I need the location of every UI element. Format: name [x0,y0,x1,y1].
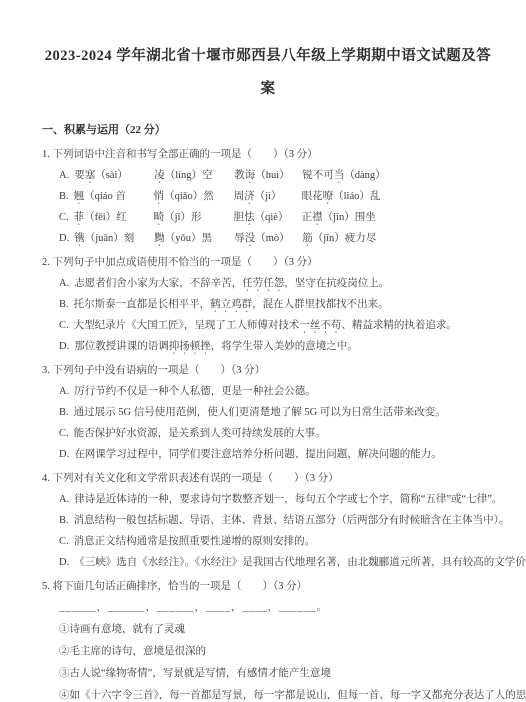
word-group: 正襟（jīn）围坐 [302,207,376,228]
text-segment: 悄 [154,191,165,202]
option-label: A. [59,170,69,181]
option-text: 能否保护好水资源，是关系到人类可持续发展的大事。 [74,428,326,439]
text-segment: （líng）空 [165,170,213,181]
question-4-stem: 4. 下列对有关文化和文学常识表述有误的一项是（ ）（3 分） [42,468,494,489]
question-3-options-list: A.厉行节约不仅是一种个人私德，更是一种社会公德。 B.通过展示 5G 信号使用… [42,381,494,465]
question-5-stem: 5. 将下面几句话正确排序，恰当的一项是（ ）（3 分） [42,576,494,597]
text-segment: 胆 [234,212,245,223]
option-text: 《三峡》选自《水经注》。《水经注》是我国古代地理名著，由北魏郦道元所著，具有较高… [74,557,526,568]
text-segment: 正 [302,212,313,223]
word-group: 眼花嘹（liáo）乱 [302,186,381,207]
word-group-segments: 眼花嘹（liáo）乱 [302,191,381,202]
option-row: B.消息结构一般包括标题、导语、主体、背景、结语五部分（后两部分有时候暗含在主体… [42,510,494,531]
option-label: A. [59,494,69,505]
text-segment: ，将学生带入美妙的意境之中。 [211,341,358,352]
question-5: 5. 将下面几句话正确排序，恰当的一项是（ ）（3 分） ______，____… [42,576,494,702]
option-word-groups: 菲（fēi）红畸（jī）形胆怯（qiè）正襟（jīn）围坐 [74,212,376,223]
page-title: 2023-2024 学年湖北省十堰市郧西县八年级上学期期中语文试题及答 案 [42,40,494,106]
option-word-groups: 镌（juān）刻黝（yǒu）黑辱没（mò）筋（jīn）疲力尽 [74,233,376,244]
option-text: 在网课学习过程中，同学们要注意培养分析问题、提出问题、解决问题的能力。 [74,449,442,460]
text-segment: 、精益求精的执着追求。 [341,320,457,331]
text-segment: （mò） [255,233,289,244]
option-row: A.律诗是近体诗的一种，要求诗句字数整齐划一，每句五个字或七个字，简称“五律”或… [42,489,494,510]
ordered-sentence-item: ③古人说“缘物寄情”，写景就是写情，有感情才能产生意境 [42,663,494,685]
text-segment: ，坚守在抗疫岗位上。 [284,278,389,289]
word-group: 菲（fēi）红 [74,207,154,228]
text-segment: 嘹 [323,191,334,202]
option-row: B.通过展示 5G 信号使用范例，使人们更清楚地了解 5G 可以为日常生活带来改… [42,402,494,423]
word-group: 教诲（huì） [234,165,302,186]
word-group-segments: 教诲（huì） [234,170,289,181]
word-group-segments: 锐不可当（dàng） [302,170,385,181]
option-segments: 托尔斯泰一直都是长相平平，鹤立鸡群，混在人群里找都找不出来。 [74,299,389,310]
text-segment: 畸 [154,212,165,223]
option-word-groups: 翘（qiáo 首悄（qiǎo）然周济（jì）眼花嘹（liáo）乱 [74,191,381,202]
question-3: 3. 下列句子中没有语病的一项是（ ）（3 分） A.厉行节约不仅是一种个人私德… [42,360,494,465]
ordered-sentence-item: ②毛主席的诗句，意境是很深的 [42,641,494,663]
text-segment: 襟 [312,212,323,223]
text-segment: 没 [245,233,256,244]
question-1-options-list: A.要塞（sài）凌（líng）空教诲（huì）锐不可当（dàng） B.翘（q… [42,165,494,249]
text-segment: （juān）刻 [85,233,135,244]
word-group-segments: 菲（fēi）红 [74,212,127,223]
option-label: C. [59,320,69,331]
option-row: D.那位教授讲课的语调抑扬顿挫，将学生带入美妙的意境之中。 [42,336,494,357]
text-segment: ，混在人群里找都找不出来。 [252,299,389,310]
section-heading: 一、积累与运用（22 分） [42,119,494,141]
text-segment: （liáo）乱 [333,191,380,202]
text-segment: 托尔斯泰一直都是长相平平， [74,299,211,310]
option-label: C. [59,536,69,547]
question-2: 2. 下列句子中加点成语使用不恰当的一项是（ ）（3 分） A.志愿者们舍小家为… [42,252,494,357]
text-segment: 大型纪录片《大国工匠》，呈现了工人师傅对技术 [74,320,300,331]
word-group-segments: 黝（yǒu）黑 [154,233,212,244]
text-segment: 要 [74,170,85,181]
word-group-segments: 要塞（sài） [74,170,128,181]
text-segment: 黝 [154,233,165,244]
option-text: 消息正文结构通常是按照重要性递增的原则安排的。 [74,536,316,547]
text-segment: 辱 [234,233,245,244]
option-row: A.要塞（sài）凌（líng）空教诲（huì）锐不可当（dàng） [42,165,494,186]
option-row: A.厉行节约不仅是一种个人私德，更是一种社会公德。 [42,381,494,402]
ordered-sentence-item: ④如《十六字令三首》，每一首都是写景，每一字都是说山，但每一首、每一字又都充分表… [42,685,494,702]
text-segment: 鹤立鸡群 [210,299,252,310]
text-segment: 怯 [244,212,255,223]
word-group: 悄（qiǎo）然 [154,186,234,207]
option-text: 通过展示 5G 信号使用范例，使人们更清楚地了解 5G 可以为日常生活带来改变。 [74,407,446,418]
option-text: 厉行节约不仅是一种个人私德，更是一种社会公德。 [74,386,316,397]
answer-blanks-line: ______，______，______，____，____，______。 [42,597,494,619]
question-4: 4. 下列对有关文化和文学常识表述有误的一项是（ ）（3 分） A.律诗是近体诗… [42,468,494,573]
text-segment: 眼花 [302,191,323,202]
text-segment: 筋 [302,233,313,244]
text-segment: （yǒu）黑 [165,233,212,244]
option-segments: 那位教授讲课的语调抑扬顿挫，将学生带入美妙的意境之中。 [74,341,358,352]
option-word-groups: 要塞（sài）凌（líng）空教诲（huì）锐不可当（dàng） [74,170,385,181]
text-segment: （qiǎo）然 [164,191,214,202]
option-row: C.能否保护好水资源，是关系到人类可持续发展的大事。 [42,423,494,444]
option-label: D. [59,449,69,460]
exam-document-page: 2023-2024 学年湖北省十堰市郧西县八年级上学期期中语文试题及答 案 一、… [0,0,526,702]
word-group: 黝（yǒu）黑 [154,228,234,249]
question-5-sentence-list: ①诗画有意境，就有了灵魂 ②毛主席的诗句，意境是很深的 ③古人说“缘物寄情”，写… [42,619,494,702]
option-label: B. [59,515,69,526]
option-row: D.《三峡》选自《水经注》。《水经注》是我国古代地理名著，由北魏郦道元所著，具有… [42,552,494,573]
option-row: C.消息正文结构通常是按照重要性递增的原则安排的。 [42,531,494,552]
text-segment: 周 [234,191,245,202]
question-2-options-list: A.志愿者们舍小家为大家，不辞辛苦，任劳任怨，坚守在抗疫岗位上。 B.托尔斯泰一… [42,273,494,357]
title-line-2: 案 [42,73,494,106]
word-group: 凌（líng）空 [154,165,234,186]
text-segment: 抑扬顿挫 [169,341,211,352]
question-1-stem: 1. 下列词语中注音和书写全部正确的一项是（ ）（3 分） [42,144,494,165]
question-3-stem: 3. 下列句子中没有语病的一项是（ ）（3 分） [42,360,494,381]
option-label: A. [59,278,69,289]
text-segment: 志愿者们舍小家为大家，不辞辛苦， [74,278,242,289]
text-segment: （sài） [95,170,128,181]
option-label: B. [59,407,69,418]
option-row: C.大型纪录片《大国工匠》，呈现了工人师傅对技术一丝不苟、精益求精的执着追求。 [42,315,494,336]
text-segment: 诲 [245,170,256,181]
text-segment: 镌 [74,233,85,244]
question-2-stem: 2. 下列句子中加点成语使用不恰当的一项是（ ）（3 分） [42,252,494,273]
option-text: 消息结构一般包括标题、导语、主体、背景、结语五部分（后两部分有时候暗含在主体当中… [74,515,510,526]
word-group-segments: 辱没（mò） [234,233,289,244]
option-label: B. [59,299,69,310]
text-segment: 塞 [85,170,96,181]
word-group-segments: 镌（juān）刻 [74,233,134,244]
word-group: 镌（juān）刻 [74,228,154,249]
word-group-segments: 周济（jì） [234,191,282,202]
word-group: 要塞（sài） [74,165,154,186]
word-group-segments: 筋（jīn）疲力尽 [302,233,376,244]
text-segment: 任劳任怨 [242,278,284,289]
text-segment: 教 [234,170,245,181]
word-group: 筋（jīn）疲力尽 [302,228,376,249]
option-segments: 志愿者们舍小家为大家，不辞辛苦，任劳任怨，坚守在抗疫岗位上。 [74,278,389,289]
option-row: D.镌（juān）刻黝（yǒu）黑辱没（mò）筋（jīn）疲力尽 [42,228,494,249]
text-segment: 济 [244,191,255,202]
option-label: C. [59,428,69,439]
option-label: D. [59,233,69,244]
text-segment: 锐不可 [302,170,334,181]
word-group: 畸（jī）形 [154,207,234,228]
text-segment: （dàng） [344,170,385,181]
text-segment: （jīn）围坐 [323,212,376,223]
word-group-segments: 悄（qiǎo）然 [154,191,214,202]
option-row: A.志愿者们舍小家为大家，不辞辛苦，任劳任怨，坚守在抗疫岗位上。 [42,273,494,294]
text-segment: （qiè） [255,212,289,223]
word-group: 周济（jì） [234,186,302,207]
title-line-1: 2023-2024 学年湖北省十堰市郧西县八年级上学期期中语文试题及答 [42,40,494,73]
word-group-segments: 正襟（jīn）围坐 [302,212,376,223]
text-segment: （fēi）红 [84,212,127,223]
option-segments: 大型纪录片《大国工匠》，呈现了工人师傅对技术一丝不苟、精益求精的执着追求。 [74,320,457,331]
option-label: D. [59,341,69,352]
text-segment: 凌 [154,170,165,181]
text-segment: 当 [334,170,345,181]
text-segment: 翘 [74,191,85,202]
question-1: 1. 下列词语中注音和书写全部正确的一项是（ ）（3 分） A.要塞（sài）凌… [42,144,494,249]
option-text: 律诗是近体诗的一种，要求诗句字数整齐划一，每句五个字或七个字，简称“五律”或“七… [74,494,502,505]
option-row: C.菲（fēi）红畸（jī）形胆怯（qiè）正襟（jīn）围坐 [42,207,494,228]
word-group-segments: 翘（qiáo 首 [74,191,126,202]
option-row: B.托尔斯泰一直都是长相平平，鹤立鸡群，混在人群里找都找不出来。 [42,294,494,315]
text-segment: 那位教授讲课的语调 [74,341,169,352]
word-group: 辱没（mò） [234,228,302,249]
text-segment: （jīn）疲力尽 [313,233,377,244]
text-segment: 菲 [74,212,85,223]
question-4-options-list: A.律诗是近体诗的一种，要求诗句字数整齐划一，每句五个字或七个字，简称“五律”或… [42,489,494,573]
text-segment: （jì） [255,191,282,202]
option-label: B. [59,191,69,202]
word-group-segments: 畸（jī）形 [154,212,202,223]
option-label: A. [59,386,69,397]
text-segment: （huì） [255,170,289,181]
option-row: D.在网课学习过程中，同学们要注意培养分析问题、提出问题、解决问题的能力。 [42,444,494,465]
option-label: C. [59,212,69,223]
option-label: D. [59,557,69,568]
text-segment: 一丝不苟 [299,320,341,331]
text-segment: （jī）形 [164,212,201,223]
word-group: 锐不可当（dàng） [302,165,385,186]
text-segment: （qiáo 首 [84,191,126,202]
word-group: 翘（qiáo 首 [74,186,154,207]
word-group: 胆怯（qiè） [234,207,302,228]
ordered-sentence-item: ①诗画有意境，就有了灵魂 [42,619,494,641]
option-row: B.翘（qiáo 首悄（qiǎo）然周济（jì）眼花嘹（liáo）乱 [42,186,494,207]
word-group-segments: 胆怯（qiè） [234,212,289,223]
word-group-segments: 凌（líng）空 [154,170,212,181]
